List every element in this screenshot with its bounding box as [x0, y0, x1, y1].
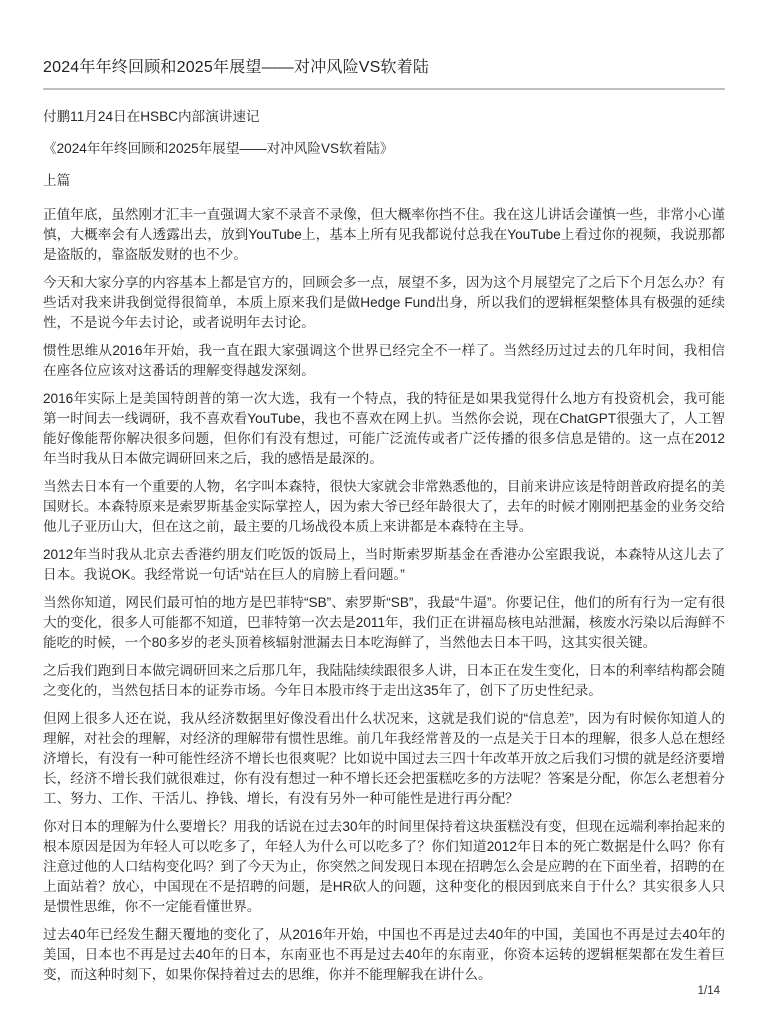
paragraph: 2016年实际上是美国特朗普的第一次大选，我有一个特点，我的特征是如果我觉得什么…	[43, 389, 725, 469]
divider	[43, 88, 725, 90]
speaker-line: 付鹏11月24日在HSBC内部演讲速记	[43, 109, 725, 124]
page-indicator: 1/14	[698, 984, 720, 998]
page-title: 2024年年终回顾和2025年展望——对冲风险VS软着陆	[43, 59, 725, 77]
paragraph: 但网上很多人还在说，我从经济数据里好像没看出什么状况来，这就是我们说的“信息差”…	[43, 709, 725, 809]
paragraph: 当然去日本有一个重要的人物，名字叫本森特，很快大家就会非常熟悉他的，目前来讲应该…	[43, 477, 725, 537]
paragraph: 当然你知道，网民们最可怕的地方是巴菲特“SB”、索罗斯“SB”，我最“牛逼”。你…	[43, 593, 725, 653]
paragraph: 2012年当时我从北京去香港约朋友们吃饭的饭局上，当时斯索罗斯基金在香港办公室跟…	[43, 545, 725, 585]
document-page: 2024年年终回顾和2025年展望——对冲风险VS软着陆 付鹏11月24日在HS…	[0, 0, 768, 1024]
paragraph: 今天和大家分享的内容基本上都是官方的，回顾会多一点，展望不多，因为这个月展望完了…	[43, 273, 725, 333]
section-label: 上篇	[43, 173, 725, 188]
paragraph: 之后我们跑到日本做完调研回来之后那几年，我陆陆续续跟很多人讲，日本正在发生变化，…	[43, 661, 725, 701]
paragraph: 惯性思维从2016年开始，我一直在跟大家强调这个世界已经完全不一样了。当然经历过…	[43, 341, 725, 381]
article-subtitle: 《2024年年终回顾和2025年展望——对冲风险VS软着陆》	[43, 141, 725, 156]
paragraph: 正值年底，虽然刚才汇丰一直强调大家不录音不录像，但大概率你挡不住。我在这儿讲话会…	[43, 205, 725, 265]
paragraph: 过去40年已经发生翻天覆地的变化了，从2016年开始，中国也不再是过去40年的中…	[43, 925, 725, 985]
paragraph: 你对日本的理解为什么要增长？用我的话说在过去30年的时间里保持着这块蛋糕没有变，…	[43, 817, 725, 917]
article-body: 正值年底，虽然刚才汇丰一直强调大家不录音不录像，但大概率你挡不住。我在这儿讲话会…	[43, 205, 725, 985]
